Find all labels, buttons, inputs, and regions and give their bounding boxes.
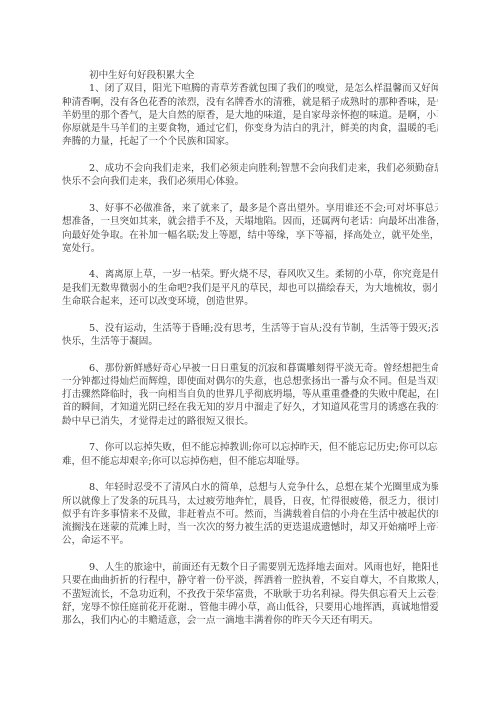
paragraph-line: 宽处行。 <box>62 242 438 255</box>
paragraph-spacer <box>62 468 438 481</box>
paragraph-line: 奔腾的力量，托起了一个个民族和国家。 <box>62 135 438 148</box>
paragraph-line: 打击骤然降临时，我一向相当自负的世界几乎彻底坍塌，等从重重叠叠的失败中爬起，在回 <box>62 388 438 401</box>
paragraph-line: 7、你可以忘掉失败，但不能忘掉教训;你可以忘掉昨天，但不能忘记历史;你可以忘掉苦 <box>62 441 438 454</box>
paragraph-line: 8、年轻时忍受不了清风白水的简单，总想与人竞争什么，总想在某个光圈里成为聚光点。 <box>62 481 438 494</box>
paragraph-6: 6、那份新鲜感好奇心早被一日日重复的沉寂和暮霭雕刻得平淡无奇。曾经想把生命的每 … <box>62 362 438 428</box>
paragraph-line: 1、闭了双目，阳光下喧腾的青草芳香就包围了我们的嗅觉，是怎么样温馨而又好闻的一 <box>62 82 438 95</box>
document-title: 初中生好句好段积累大全 <box>62 69 438 82</box>
paragraph-line: 难，但不能忘却艰辛;你可以忘掉伤疤，但不能忘却耻辱。 <box>62 455 438 468</box>
paragraph-9: 9、人生的旅途中，前面还有无数个日子需要别无选择地去面对。风雨也好，艳阳也好， … <box>62 561 438 627</box>
paragraph-line: 公，命运不平。 <box>62 534 438 547</box>
paragraph-line: 快乐不会向我们走来，我们必须用心体验。 <box>62 175 438 188</box>
paragraph-line: 首的瞬间，才知道光阴已经在我无知的岁月中溜走了好久，才知道风花雪月的诱惑在我的年 <box>62 401 438 414</box>
paragraph-7: 7、你可以忘掉失败，但不能忘掉教训;你可以忘掉昨天，但不能忘记历史;你可以忘掉苦… <box>62 441 438 468</box>
paragraph-line: 生命联合起来，还可以改变环境，创造世界。 <box>62 295 438 308</box>
paragraph-line: 3、好事不必做准备，来了就来了，最多是个喜出望外。享用谁还不会;可对坏事总无思 <box>62 202 438 215</box>
paragraph-line: 羊奶里的那个香气，是大自然的原香，是大地的味道，是自家母亲怀抱的味道。是啊，小草… <box>62 109 438 122</box>
paragraph-spacer <box>62 348 438 361</box>
paragraph-spacer <box>62 308 438 321</box>
paragraph-spacer <box>62 189 438 202</box>
document-body: 初中生好句好段积累大全 1、闭了双目，阳光下喧腾的青草芳香就包围了我们的嗅觉，是… <box>62 69 438 627</box>
paragraph-line: 快乐，生活等于凝固。 <box>62 335 438 348</box>
paragraph-line: 9、人生的旅途中，前面还有无数个日子需要别无选择地去面对。风雨也好，艳阳也好， <box>62 561 438 574</box>
paragraph-spacer <box>62 149 438 162</box>
paragraph-line: 流搁浅在迷蒙的荒滩上时，当一次次的努力被生活的更迭退成遗憾时，却又开始痛呼上帝不 <box>62 521 438 534</box>
paragraph-5: 5、没有运动，生活等于昏睡;没有思考，生活等于盲从;没有节制，生活等于毁灭;没有… <box>62 322 438 349</box>
paragraph-3: 3、好事不必做准备，来了就来了，最多是个喜出望外。享用谁还不会;可对坏事总无思 … <box>62 202 438 255</box>
paragraph-line: 是我们无数卑微弱小的生命吧?我们是平凡的草民，却也可以描绘春天，为大地梳妆，弱小… <box>62 282 438 295</box>
paragraph-line: 5、没有运动，生活等于昏睡;没有思考，生活等于盲从;没有节制，生活等于毁灭;没有 <box>62 322 438 335</box>
paragraph-line: 想准备，一旦突如其来，就会措手不及，天塌地陷。因而，还属两句老话：向最坏出准备， <box>62 215 438 228</box>
paragraph-4: 4、离离原上草，一岁一枯荣。野火烧不尽，春风吹又生。柔韧的小草，你究竟是什么呢?… <box>62 268 438 308</box>
paragraph-line: 6、那份新鲜感好奇心早被一日日重复的沉寂和暮霭雕刻得平淡无奇。曾经想把生命的每 <box>62 362 438 375</box>
paragraph-spacer <box>62 255 438 268</box>
paragraph-line: 种清香啊，没有各色花香的浓烈，没有名牌香水的清雅，就是稻子成熟时的那种香味，是牛 <box>62 96 438 109</box>
paragraph-spacer <box>62 428 438 441</box>
paragraph-line: 不蜚短流长，不急功近利，不孜孜于荣华富贵，不耿耿于功名利禄。得失俱忘看天上云卷云 <box>62 588 438 601</box>
paragraph-8: 8、年轻时忍受不了清风白水的简单，总想与人竞争什么，总想在某个光圈里成为聚光点。… <box>62 481 438 547</box>
paragraph-line: 4、离离原上草，一岁一枯荣。野火烧不尽，春风吹又生。柔韧的小草，你究竟是什么呢? <box>62 268 438 281</box>
paragraph-line: 向最好处争取。在补加一幅名联;发上等愿，结中等缘，享下等福，择高处立，就平处坐，… <box>62 229 438 242</box>
paragraph-2: 2、成功不会向我们走来，我们必须走向胜利;智慧不会向我们走来，我们必须勤奋思索;… <box>62 162 438 189</box>
paragraph-line: 那么，我们内心的丰赡适意，会一点一滴地丰满着你的昨天今天还有明天。 <box>62 614 438 627</box>
paragraph-line: 你原就是牛马羊们的主要食物，通过它们，你变身为洁白的乳汁，鲜美的肉食，温暖的毛皮… <box>62 122 438 135</box>
paragraph-line: 一分钟都过得灿烂而辉煌，即使面对偶尔的失意，也总想张扬出一番与众不同。但是当双重 <box>62 375 438 388</box>
paragraph-line: 2、成功不会向我们走来，我们必须走向胜利;智慧不会向我们走来，我们必须勤奋思索; <box>62 162 438 175</box>
paragraph-spacer <box>62 548 438 561</box>
paragraph-line: 似乎有许多事情来不及做，非赶着点不可。然而，当满载着自信的小舟在生活中被起伏的暗 <box>62 508 438 521</box>
paragraph-1: 1、闭了双目，阳光下喧腾的青草芳香就包围了我们的嗅觉，是怎么样温馨而又好闻的一 … <box>62 82 438 148</box>
paragraph-line: 舒，宠辱不惊任庭前花开花谢.，管他丰碑小草，高山低谷，只要用心地挥洒，真诚地惜爱… <box>62 601 438 614</box>
paragraph-line: 所以就像上了发条的玩具马，太过疲劳地奔忙，晨昏，日夜，忙得很疲倦，很乏力，很讨厌… <box>62 495 438 508</box>
paragraph-line: 只要在曲曲折折的行程中，静守着一份平淡，挥洒着一腔执着，不妄自尊大，不自欺欺人， <box>62 574 438 587</box>
paragraph-line: 龄中早已消失，才觉得走过的路很短又很长。 <box>62 415 438 428</box>
